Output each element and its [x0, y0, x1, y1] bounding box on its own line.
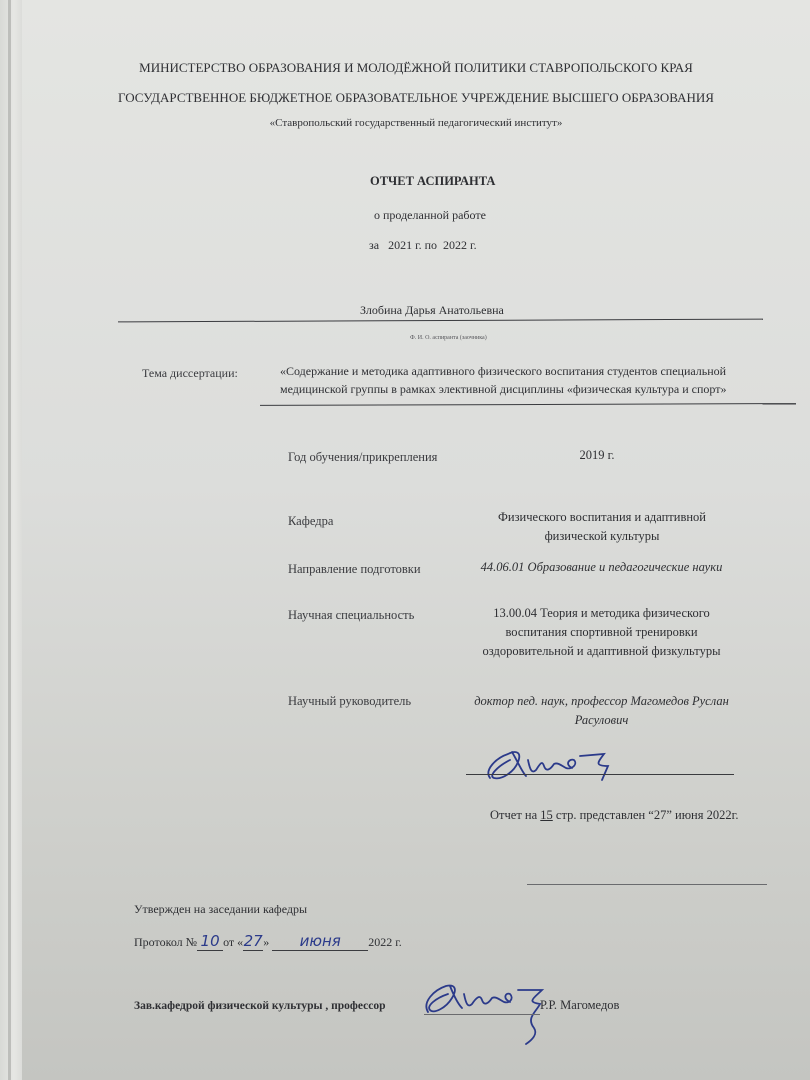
name-caption: Ф. И. О. аспиранта (заочника) — [410, 335, 487, 341]
blank-line — [527, 884, 767, 885]
approval-text: Утвержден на заседании кафедры — [134, 902, 307, 917]
submission-date: стр. представлен “27” июня 2022г. — [553, 808, 739, 822]
head-signature-line — [424, 1014, 540, 1015]
supervisor-signature-icon — [482, 740, 682, 790]
supervisor-signature-line — [466, 774, 734, 775]
report-period: за 2021 г. по 2022 г. — [369, 238, 477, 253]
student-name: Злобина Дарья Анатольевна — [360, 303, 504, 318]
thesis-label: Тема диссертации: — [142, 366, 238, 381]
name-underline — [118, 319, 763, 323]
field-value-supervisor: доктор пед. наук, профессор Магомедов Ру… — [474, 692, 729, 730]
report-subtitle: о проделанной работе — [374, 208, 486, 223]
protocol-from: от « — [223, 935, 243, 949]
protocol-close-quote: » — [263, 935, 269, 949]
protocol-month: июня — [272, 932, 368, 951]
institution-name: «Ставропольский государственный педагоги… — [22, 117, 810, 129]
protocol-year: 2022 г. — [368, 935, 402, 949]
ministry-heading: МИНИСТЕРСТВО ОБРАЗОВАНИЯ И МОЛОДЁЖНОЙ ПО… — [22, 60, 810, 76]
thesis-line-1: «Содержание и методика адаптивного физич… — [280, 364, 726, 379]
submission-pages: 15 — [540, 808, 553, 822]
document-page: МИНИСТЕРСТВО ОБРАЗОВАНИЯ И МОЛОДЁЖНОЙ ПО… — [22, 0, 810, 1080]
head-name: Р.Р. Магомедов — [540, 998, 619, 1013]
field-label-supervisor: Научный руководитель — [288, 694, 411, 709]
head-signature-icon — [422, 978, 562, 1048]
thesis-underline — [260, 403, 796, 406]
protocol-prefix: Протокол № — [134, 935, 197, 949]
protocol-number: 10 — [197, 932, 223, 951]
institution-type-heading: ГОСУДАРСТВЕННОЕ БЮДЖЕТНОЕ ОБРАЗОВАТЕЛЬНО… — [22, 90, 810, 106]
field-value-direction: 44.06.01 Образование и педагогические на… — [474, 558, 729, 577]
field-value-year: 2019 г. — [477, 446, 717, 465]
sleeve-edge — [8, 0, 11, 1080]
field-label-specialty: Научная специальность — [288, 608, 414, 623]
field-label-year: Год обучения/прикрепления — [288, 450, 437, 465]
protocol-day: 27 — [243, 932, 263, 951]
head-title: Зав.кафедрой физической культуры , профе… — [134, 1000, 385, 1012]
thesis-line-2: медицинской группы в рамках элективной д… — [280, 382, 727, 397]
field-label-direction: Направление подготовки — [288, 562, 421, 577]
protocol-line: Протокол №10от «27» июня2022 г. — [134, 932, 402, 951]
field-value-specialty: 13.00.04 Теория и методика физического в… — [474, 604, 729, 661]
field-label-department: Кафедра — [288, 514, 333, 529]
report-title: ОТЧЕТ АСПИРАНТА — [370, 174, 495, 189]
field-value-department: Физического воспитания и адаптивной физи… — [477, 508, 727, 546]
submission-text: Отчет на 15 стр. представлен “27” июня 2… — [490, 808, 738, 823]
submission-prefix: Отчет на — [490, 808, 540, 822]
